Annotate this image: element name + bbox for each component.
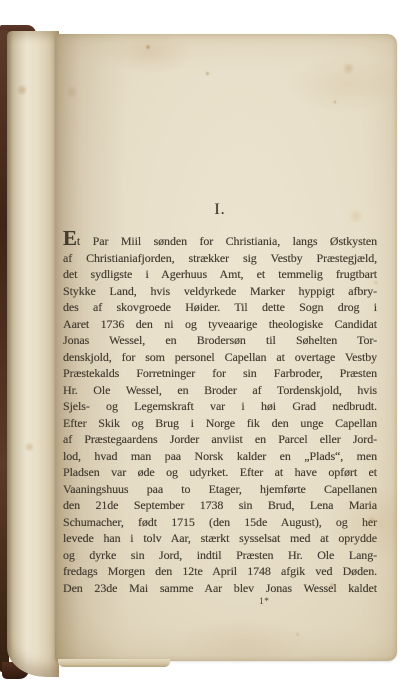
text-line: det sydligste i Agerhuus Amt, et temmeli… — [63, 266, 377, 283]
text-line: Vaaningshuus paa to Etager, hjemførte Ca… — [63, 481, 377, 498]
text-line: Efter Skik og Brug i Norge fik den unge … — [63, 415, 377, 432]
text-line: Et Par Miil sønden for Christiania, lang… — [63, 233, 377, 250]
chapter-heading: I. — [63, 201, 377, 219]
foxing-spot — [205, 71, 210, 76]
text-line: Stykke Land, hvis veldyrkede Marker hypp… — [63, 283, 377, 300]
text-line: og dyrke sin Jord, indtil Præsten Hr. Ol… — [63, 547, 377, 564]
text-line: Sjels- og Legemskraft var i høi Grad ned… — [63, 398, 377, 415]
page-block-edges — [58, 659, 170, 667]
foxing-spot — [295, 632, 300, 637]
text-line: Præstekalds Forretninger for sin Farbrod… — [63, 365, 377, 382]
text-line: fredags Morgen den 12te April 1748 afgik… — [63, 563, 377, 580]
foxing-spot — [25, 441, 34, 453]
foxing-spot — [341, 63, 356, 74]
book-page: I. Et Par Miil sønden for Christiania, l… — [55, 34, 397, 661]
text-line: af Præstegaardens Jorder anviist en Parc… — [63, 431, 377, 448]
body-text: Et Par Miil sønden for Christiania, lang… — [63, 233, 377, 596]
text-line: Pladsen var øde og udyrket. Efter at hav… — [63, 464, 377, 481]
text-line: Aaret 1736 den ni og tyveaarige theologi… — [63, 316, 377, 333]
text-line: denskjold, for som personel Capellan at … — [63, 349, 377, 366]
text-line: Schumacher, født 1715 (den 15de August),… — [63, 514, 377, 531]
text-line: af Christianiafjorden, strækker sig Vest… — [63, 250, 377, 267]
text-line: lod, hvad man paa Norsk kalder en „Plads… — [63, 448, 377, 465]
text-line: den 21de September 1738 sin Brud, Lena M… — [63, 497, 377, 514]
foxing-spot — [333, 100, 337, 104]
text-line: Jonas Wessel, en Brodersøn til Søhelten … — [63, 332, 377, 349]
printed-text-block: I. Et Par Miil sønden for Christiania, l… — [63, 201, 377, 607]
foxing-spot — [145, 44, 151, 50]
text-line: des af skovgroede Høider. Til dette Sogn… — [63, 299, 377, 316]
text-line: Den 23de Mai samme Aar blev Jonas Wessel… — [63, 580, 377, 597]
foxing-spot — [17, 83, 27, 97]
book-photo: I. Et Par Miil sønden for Christiania, l… — [0, 0, 416, 700]
underlying-page-curl — [7, 31, 59, 677]
signature-mark: 1* — [63, 597, 377, 607]
text-line: levede han i tolv Aar, stærkt sysselsat … — [63, 530, 377, 547]
foxing-spot — [67, 84, 77, 100]
text-line: Hr. Ole Wessel, en Broder af Tordenskjol… — [63, 382, 377, 399]
